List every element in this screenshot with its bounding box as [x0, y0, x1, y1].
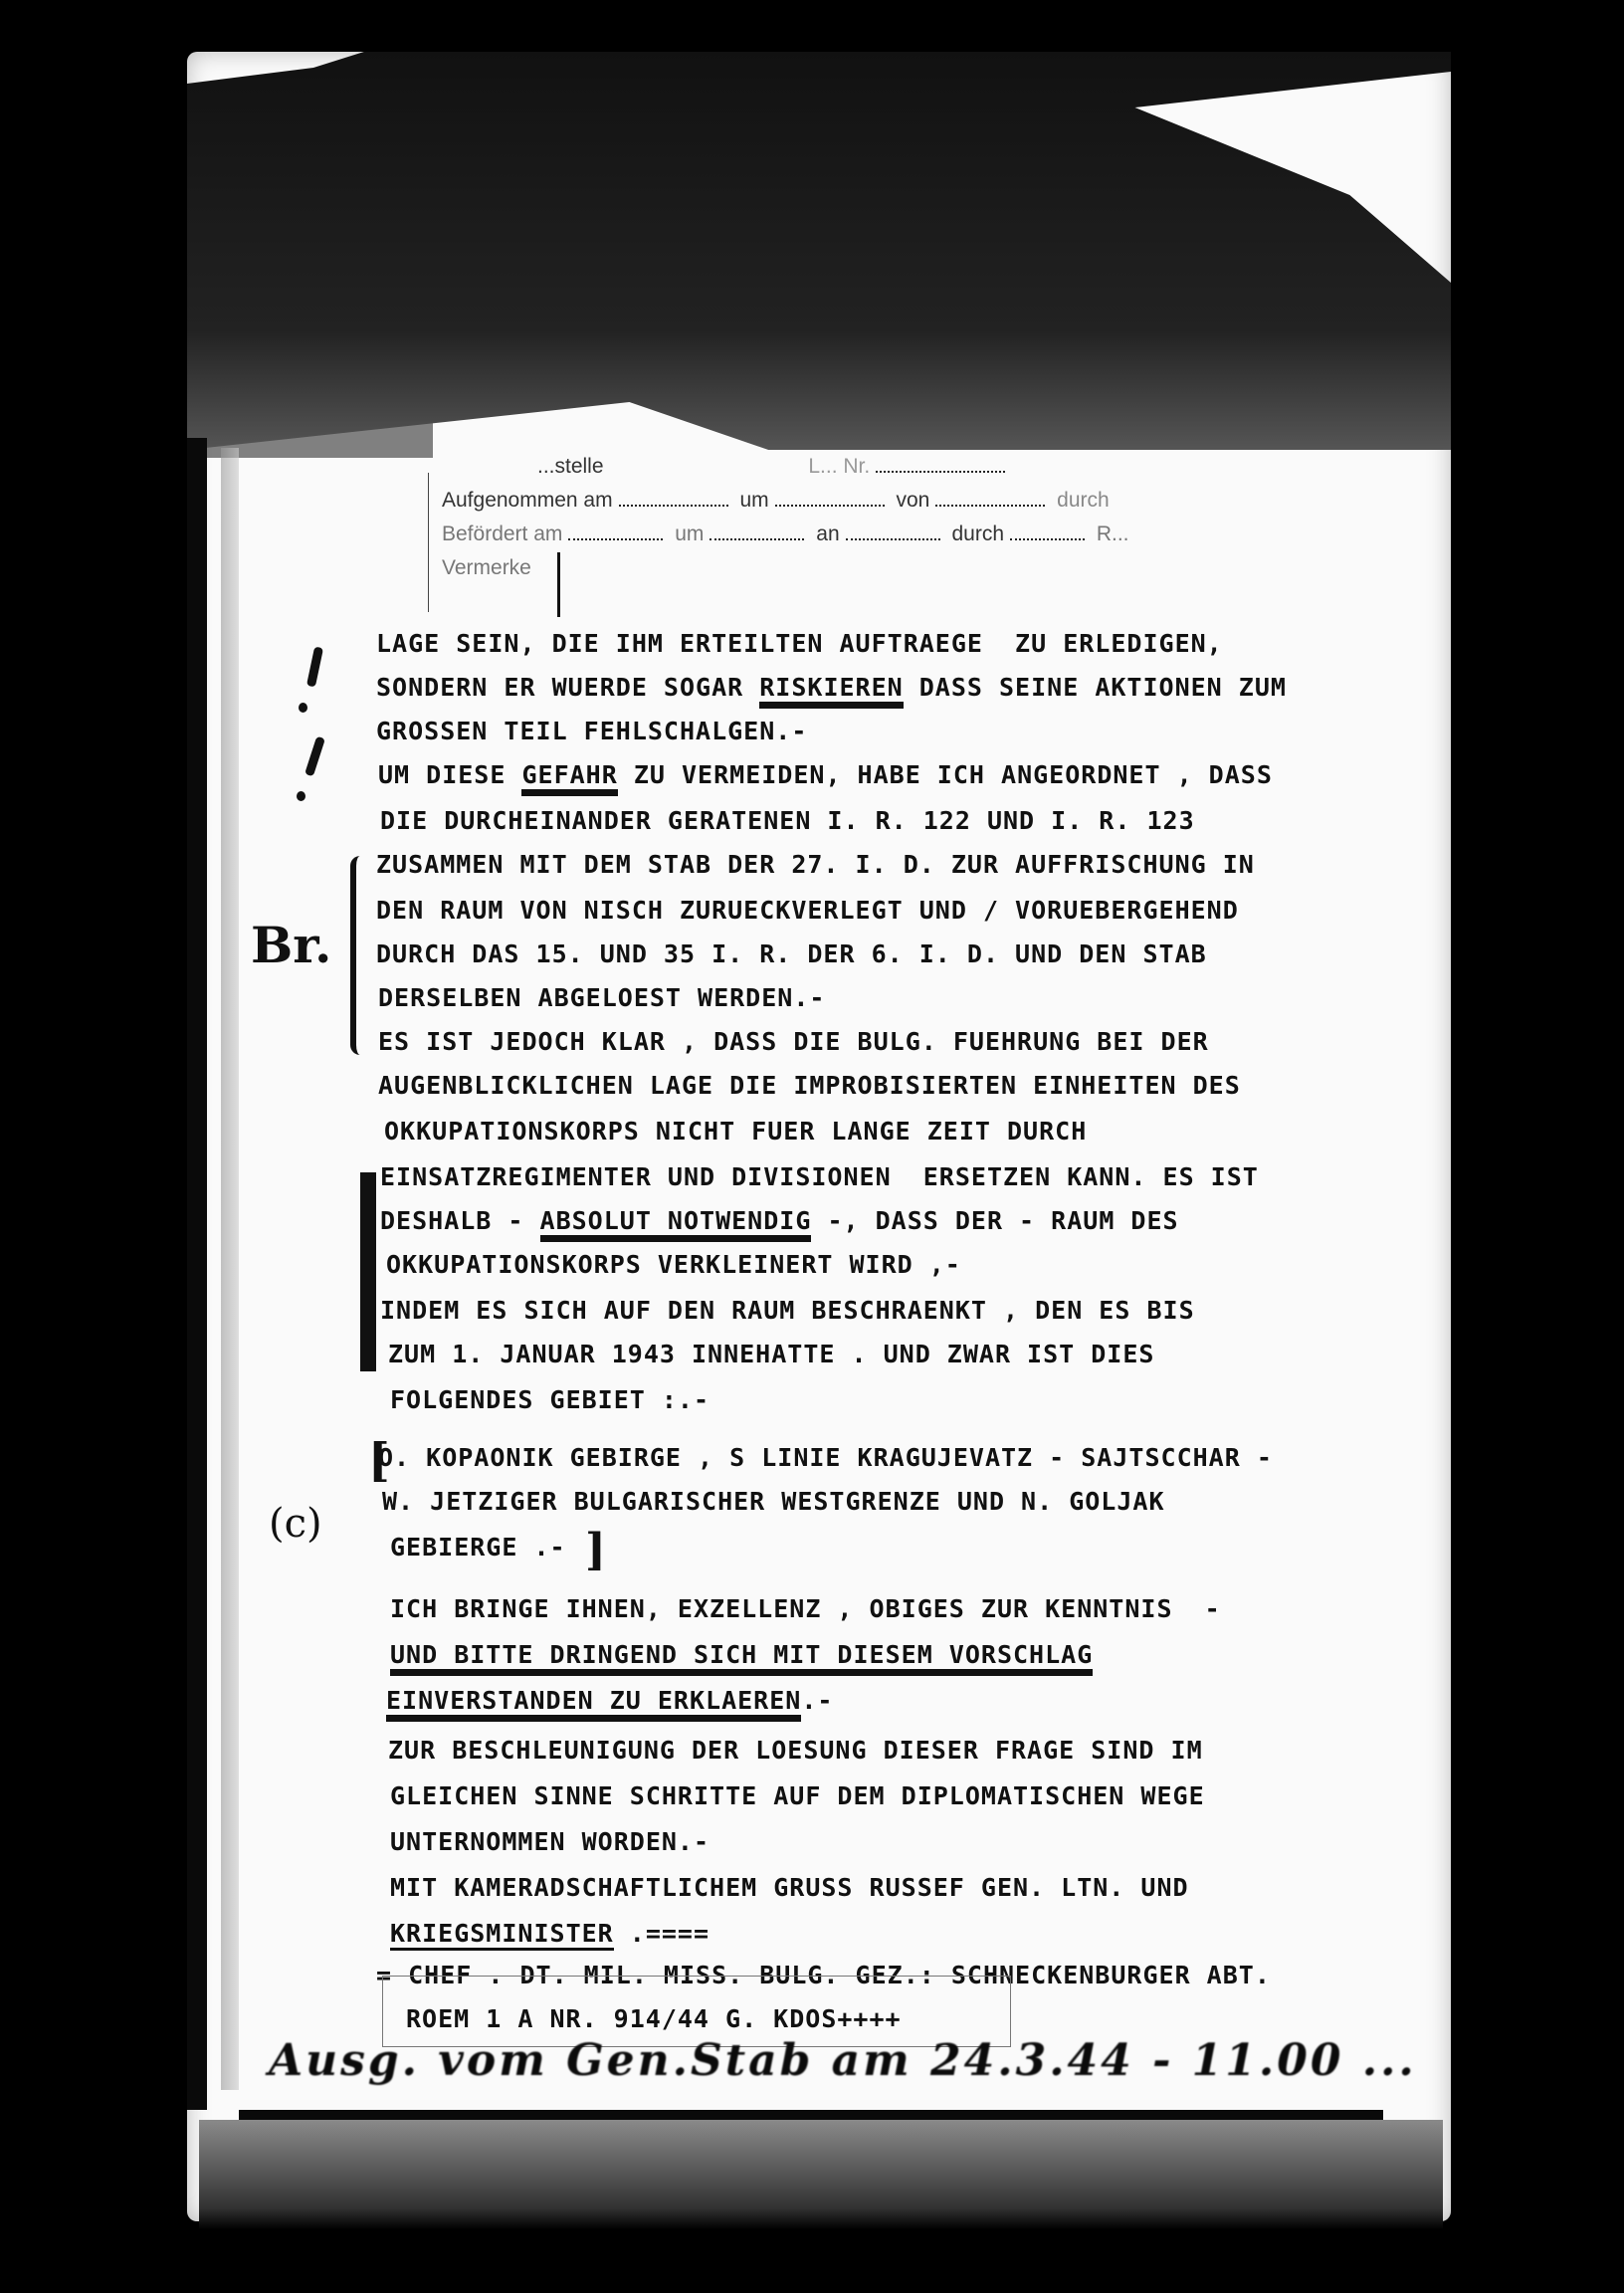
- befoerdert-label: Befördert am: [442, 522, 562, 545]
- text-segment: .====: [614, 1919, 710, 1948]
- text-line: DURCH DAS 15. UND 35 I. R. DER 6. I. D. …: [376, 939, 1207, 968]
- handwritten-footer-note: Ausg. vom Gen.Stab am 24.3.44 - 11.00 ..…: [269, 2035, 1423, 2105]
- margin-brace: [350, 856, 370, 1055]
- text-segment: DESHALB -: [380, 1206, 540, 1235]
- underlined-word: ABSOLUT NOTWENDIG: [540, 1206, 812, 1242]
- text-line: SONDERN ER WUERDE SOGAR RISKIEREN DASS S…: [376, 673, 1287, 702]
- text-line: UND BITTE DRINGEND SICH MIT DIESEM VORSC…: [390, 1640, 1093, 1669]
- um2-label: um: [675, 522, 704, 545]
- durch2-label: durch: [951, 522, 1004, 545]
- bracket-open: [: [368, 1433, 390, 1487]
- text-line: ZUM 1. JANUAR 1943 INNEHATTE . UND ZWAR …: [388, 1340, 1154, 1368]
- field-stelle-label: ...stelle: [537, 455, 604, 478]
- bracket-close: ]: [585, 1525, 606, 1575]
- form-row-stelle: ...stelle L... Nr.: [537, 455, 1011, 479]
- text-line: MIT KAMERADSCHAFTLICHEM GRUSS RUSSEF GEN…: [390, 1873, 1189, 1902]
- text-line: ZUSAMMEN MIT DEM STAB DER 27. I. D. ZUR …: [376, 850, 1255, 879]
- text-line: LAGE SEIN, DIE IHM ERTEILTEN AUFTRAEGE Z…: [376, 629, 1223, 658]
- text-line: OKKUPATIONSKORPS NICHT FUER LANGE ZEIT D…: [384, 1117, 1087, 1146]
- text-line: EINVERSTANDEN ZU ERKLAEREN.-: [386, 1686, 833, 1715]
- text-line: ZUR BESCHLEUNIGUNG DER LOESUNG DIESER FR…: [388, 1736, 1203, 1765]
- text-line: DIE DURCHEINANDER GERATENEN I. R. 122 UN…: [380, 806, 1195, 835]
- text-segment: UM DIESE: [378, 760, 521, 789]
- text-line: DESHALB - ABSOLUT NOTWENDIG -, DASS DER …: [380, 1206, 1179, 1235]
- text-line: UNTERNOMMEN WORDEN.-: [390, 1827, 710, 1856]
- text-line: W. JETZIGER BULGARISCHER WESTGRENZE UND …: [382, 1487, 1165, 1516]
- field-nr-label: L... Nr.: [808, 455, 870, 478]
- margin-bar: [360, 1172, 376, 1371]
- text-line: INDEM ES SICH AUF DEN RAUM BESCHRAENKT ,…: [380, 1296, 1195, 1325]
- text-line: DEN RAUM VON NISCH ZURUECKVERLEGT UND / …: [376, 896, 1239, 925]
- text-segment: SONDERN ER WUERDE SOGAR: [376, 673, 759, 702]
- text-line: ICH BRINGE IHNEN, EXZELLENZ , OBIGES ZUR…: [390, 1594, 1221, 1623]
- text-line: DERSELBEN ABGELOEST WERDEN.-: [378, 983, 825, 1012]
- text-line: OKKUPATIONSKORPS VERKLEINERT WIRD ,-: [386, 1250, 961, 1279]
- margin-paren-mark: (c): [269, 1501, 322, 1547]
- um-label: um: [739, 489, 768, 512]
- form-row-befoerdert: Befördert am um an durch R...: [442, 522, 1129, 546]
- text-line: UM DIESE GEFAHR ZU VERMEIDEN, HABE ICH A…: [378, 760, 1273, 789]
- page-bottom-shade: [199, 2120, 1443, 2229]
- text-line: GLEICHEN SINNE SCHRITTE AUF DEM DIPLOMAT…: [390, 1781, 1205, 1810]
- underlined-phrase: UND BITTE DRINGEND SICH MIT DIESEM VORSC…: [390, 1640, 1093, 1676]
- text-line: FOLGENDES GEBIET :.-: [390, 1385, 710, 1414]
- aufgenommen-label: Aufgenommen am: [442, 489, 613, 512]
- text-segment: DASS SEINE AKTIONEN ZUM: [904, 673, 1287, 702]
- form-left-rule: [428, 473, 429, 612]
- text-line: GROSSEN TEIL FEHLSCHALGEN.-: [376, 717, 807, 745]
- telegram-form-header: ...stelle L... Nr. Aufgenommen am um von…: [428, 453, 1403, 617]
- text-line: AUGENBLICKLICHEN LAGE DIE IMPROBISIERTEN…: [378, 1071, 1241, 1100]
- von-label: von: [896, 489, 929, 512]
- vermerke-rule: [557, 552, 560, 617]
- page-left-edge: [187, 438, 207, 2110]
- r-label: R...: [1097, 522, 1129, 545]
- durch-label: durch: [1057, 489, 1110, 512]
- text-line: KRIEGSMINISTER .====: [390, 1919, 710, 1948]
- exclamation-dot: [299, 703, 307, 713]
- underlined-word: RISKIEREN: [759, 673, 903, 709]
- text-line: O. KOPAONIK GEBIRGE , S LINIE KRAGUJEVAT…: [378, 1443, 1273, 1472]
- form-row-aufgenommen: Aufgenommen am um von durch: [442, 489, 1110, 513]
- vermerke-label: Vermerke: [442, 556, 531, 579]
- underlined-word: KRIEGSMINISTER: [390, 1919, 614, 1951]
- text-line: EINSATZREGIMENTER UND DIVISIONEN ERSETZE…: [380, 1162, 1259, 1191]
- form-row-vermerke: Vermerke: [442, 556, 531, 580]
- underlined-phrase: EINVERSTANDEN ZU ERKLAEREN: [386, 1686, 801, 1722]
- margin-note-handwritten: Br.: [251, 916, 331, 974]
- margin-strip: [221, 448, 239, 2090]
- text-segment: ZU VERMEIDEN, HABE ICH ANGEORDNET , DASS: [618, 760, 1273, 789]
- text-line: GEBIERGE .-: [390, 1533, 566, 1562]
- text-line: ES IST JEDOCH KLAR , DASS DIE BULG. FUEH…: [378, 1027, 1209, 1056]
- text-segment: .-: [801, 1686, 833, 1715]
- an-label: an: [816, 522, 839, 545]
- underlined-word: GEFAHR: [521, 760, 617, 796]
- text-segment: -, DASS DER - RAUM DES: [811, 1206, 1178, 1235]
- exclamation-dot: [297, 791, 305, 801]
